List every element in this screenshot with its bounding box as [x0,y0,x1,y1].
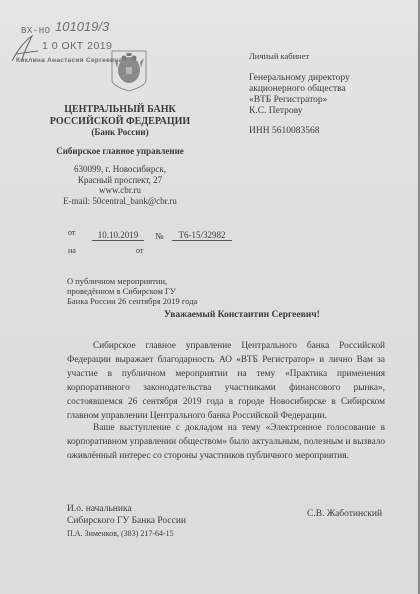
postal-address: 630099, г. Новосибирск, [30,164,210,175]
reg-number: Т6-15/32982 [172,230,232,241]
incoming-stamp-date: 1 0 ОКТ 2019 [42,40,113,52]
email-link[interactable]: E-mail: 50central_bank@cbr.ru [30,196,210,207]
bank-short-name: (Банк России) [30,127,210,139]
addressee-line4: К.С. Петрову [249,106,350,117]
incoming-handwritten-number: 101019/3 [55,19,109,34]
website-link[interactable]: www.cbr.ru [30,185,210,196]
reg-on-label: на [68,246,76,255]
signatory-name: С.В. Жаботинский [307,509,382,519]
russian-coat-of-arms-icon [111,50,147,92]
subject-line2: проведённом в Сибирском ГУ [67,286,197,296]
signatory-title-line1: И.о. начальника [67,503,186,515]
body-paragraph-1: Сибирское главное управление Центральног… [67,339,385,423]
reg-number-label: № [155,231,164,241]
letter-subject: О публичном мероприятии, проведённом в С… [67,276,197,306]
bank-name-line2: РОССИЙСКОЙ ФЕДЕРАЦИИ [30,116,210,128]
executor-contact: П.А. Зименков, (383) 217-64-15 [67,529,174,538]
handwritten-signature-icon [8,34,42,64]
paragraph-text: Сибирское главное управление Центральног… [67,339,385,423]
addressee-line3: «ВТБ Регистратор» [249,95,350,106]
greeting: Уважаемый Константин Сергеевич! [164,310,320,320]
bank-name-line1: ЦЕНТРАЛЬНЫЙ БАНК [30,104,210,116]
bank-name: ЦЕНТРАЛЬНЫЙ БАНК РОССИЙСКОЙ ФЕДЕРАЦИИ [30,104,210,127]
subject-line1: О публичном мероприятии, [67,276,197,286]
delivery-method: Личный кабинет [249,51,309,62]
addressee: Генеральному директору акционерного обще… [249,73,350,117]
letter-page: ВХ-НО - 101019/3 1 0 ОКТ 2019 Коклина Ан… [0,0,418,594]
reg-from-label-2: от [136,246,143,255]
reg-date: 10.10.2019 [92,230,144,241]
paragraph-text: Ваше выступление с докладом на тему «Эле… [67,421,385,463]
subject-line3: Банка России 26 сентября 2019 года [67,296,197,306]
recipient-inn: ИНН 5610083568 [249,126,319,137]
street-address: Красный проспект, 27 [30,175,210,186]
addressee-line2: акционерного общества [249,84,350,95]
reg-from-label: от [68,228,75,237]
addressee-line1: Генеральному директору [249,73,350,84]
branch-name: Сибирское главное управление [30,146,210,158]
body-paragraph-2: Ваше выступление с докладом на тему «Эле… [67,421,385,463]
sender-address: 630099, г. Новосибирск, Красный проспект… [30,164,210,206]
signatory-title-line2: Сибирского ГУ Банка России [67,515,186,527]
signatory-title: И.о. начальника Сибирского ГУ Банка Росс… [67,503,186,527]
